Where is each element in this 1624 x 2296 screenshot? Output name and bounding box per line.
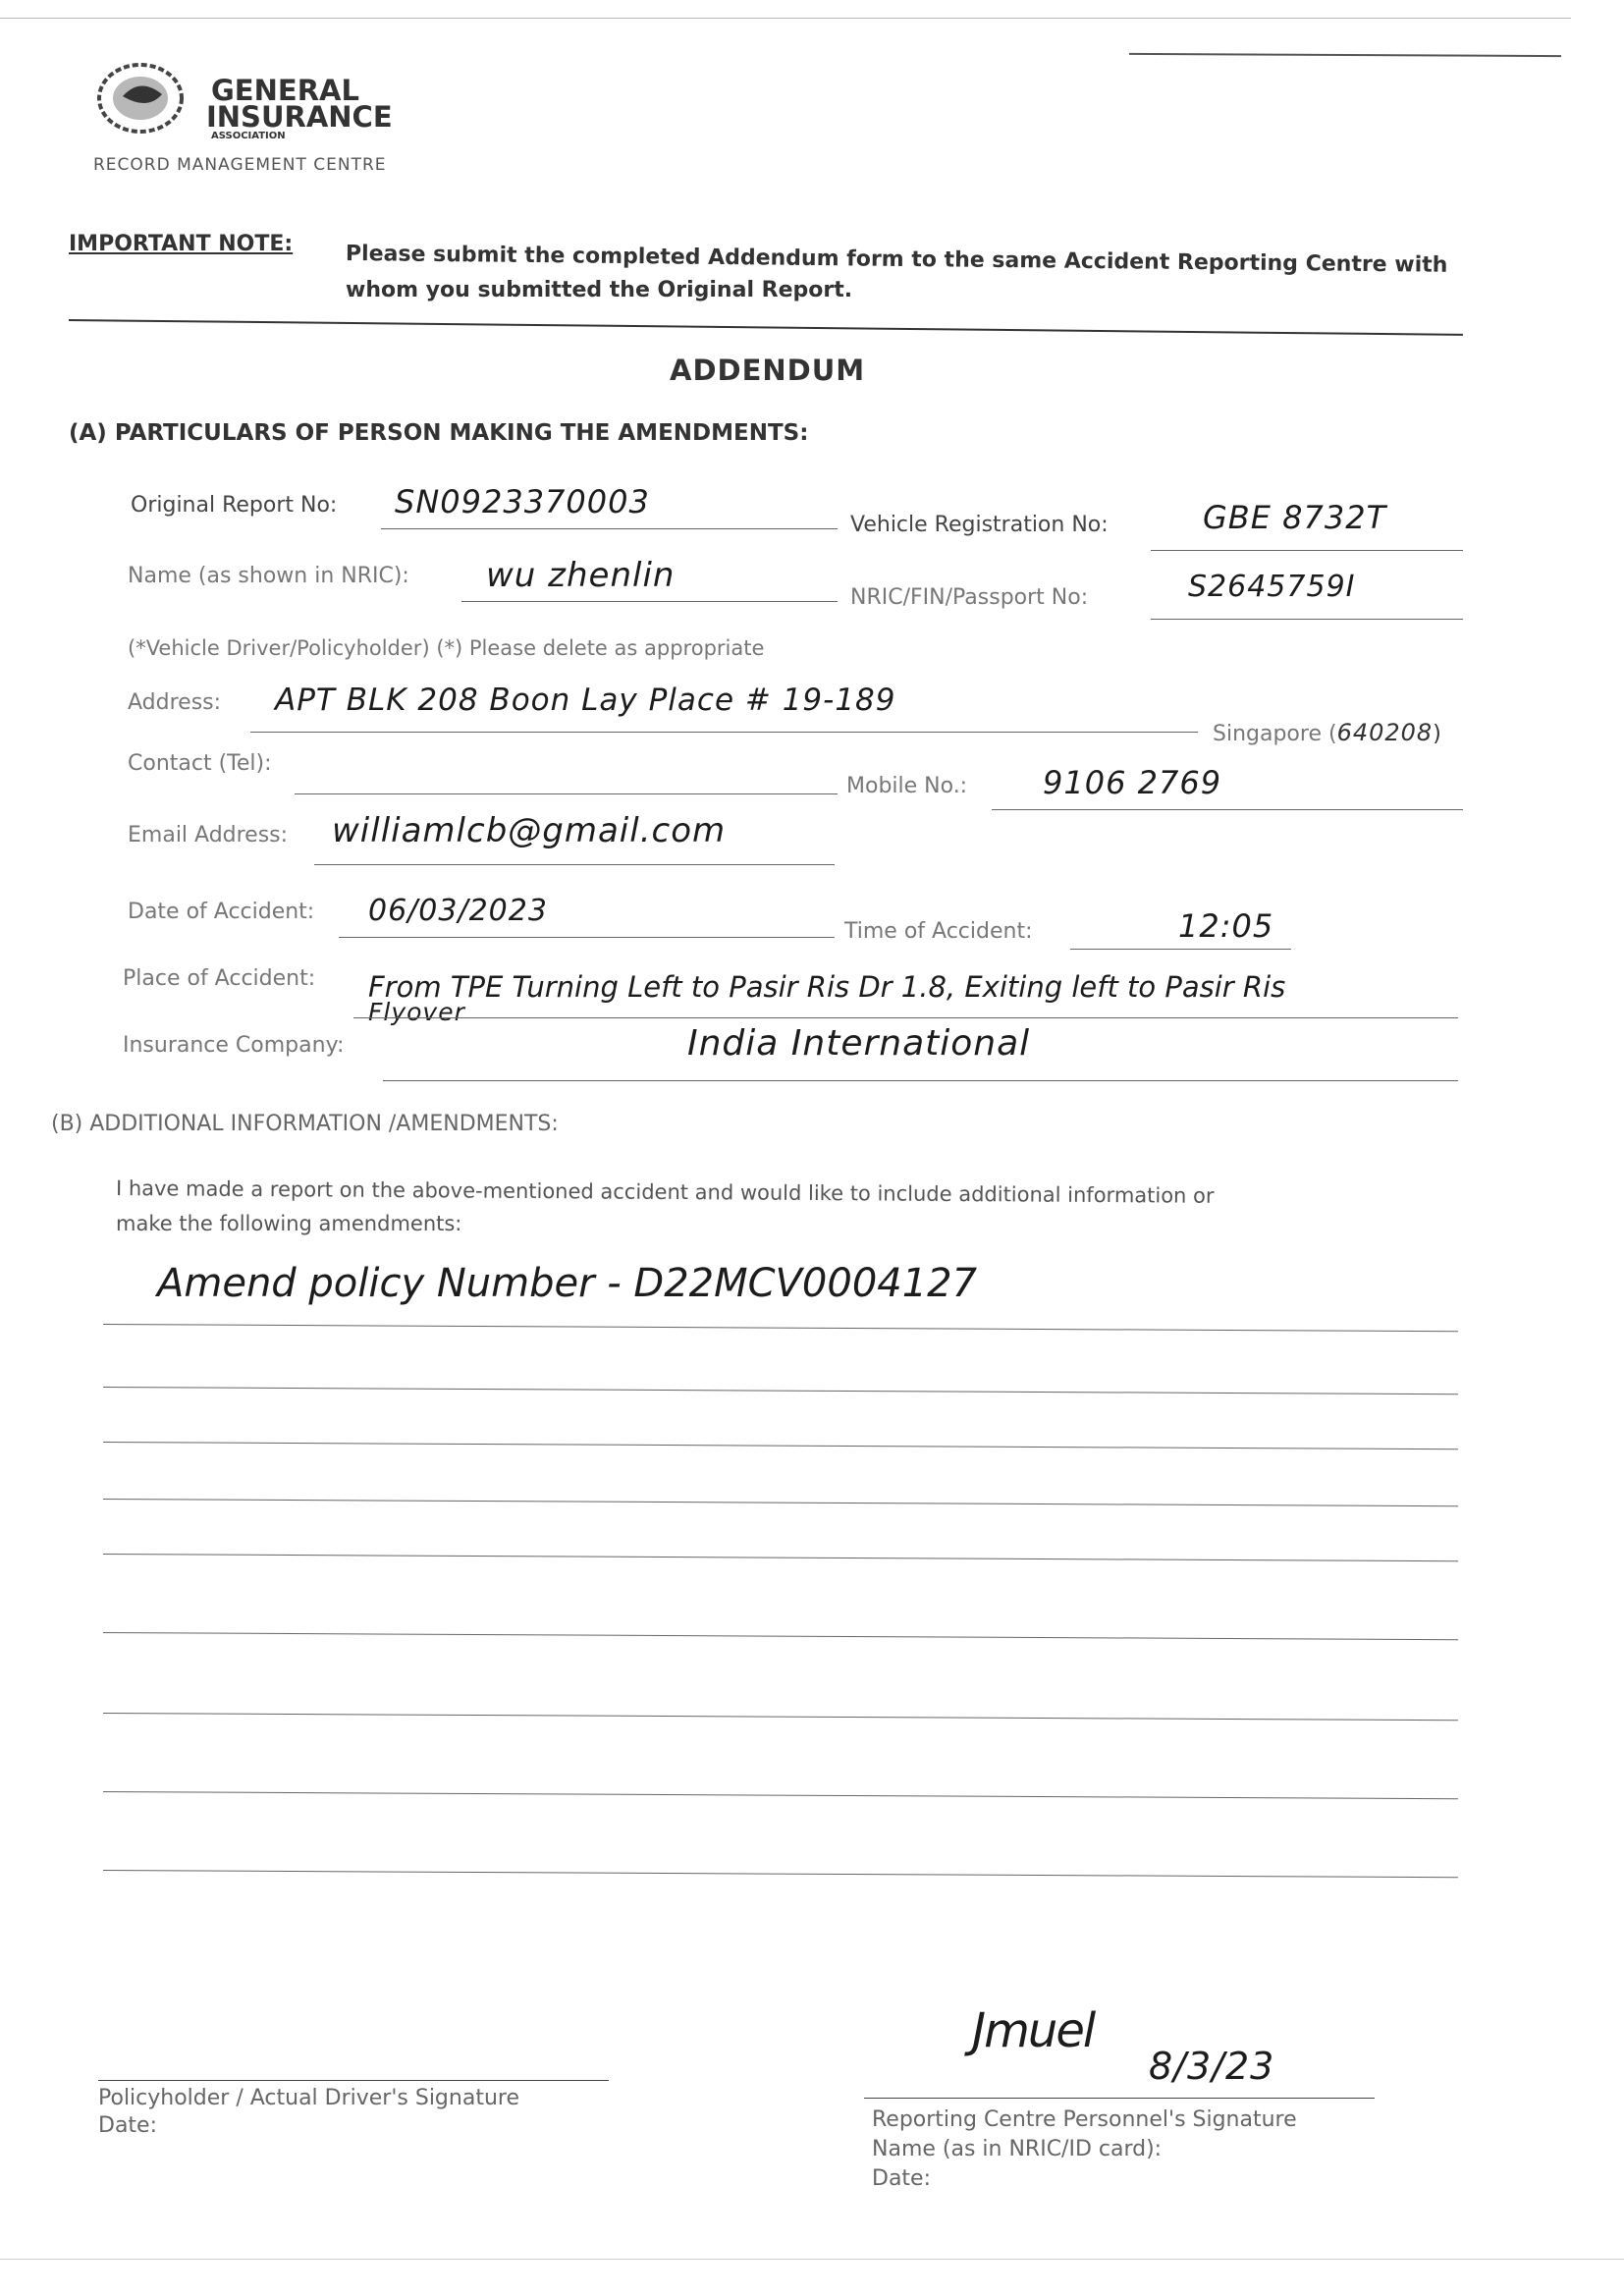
contact-tel-line	[295, 793, 838, 794]
policyholder-signature-line	[98, 2080, 609, 2081]
date-of-accident-label: Date of Accident:	[128, 900, 314, 924]
place-of-accident-value-line2[interactable]: Flyover	[368, 998, 465, 1026]
personnel-signature-label: Reporting Centre Personnel's Signature	[872, 2107, 1297, 2132]
amendment-line-5	[103, 1554, 1458, 1561]
role-note: (*Vehicle Driver/Policyholder) (*) Pleas…	[128, 636, 764, 660]
date-of-accident-line	[339, 937, 835, 938]
time-of-accident-line	[1070, 949, 1291, 950]
important-note-text-1: Please submit the completed Addendum for…	[346, 242, 1448, 278]
amendment-line-2	[103, 1387, 1458, 1394]
important-note-label: IMPORTANT NOTE:	[69, 232, 293, 256]
insurance-company-line	[383, 1080, 1458, 1081]
policyholder-date-label: Date:	[98, 2113, 157, 2138]
section-b-intro-2: make the following amendments:	[116, 1212, 461, 1235]
email-value[interactable]: williamlcb@gmail.com	[332, 811, 726, 850]
place-of-accident-value[interactable]: From TPE Turning Left to Pasir Ris Dr 1.…	[368, 970, 1285, 1004]
scan-top-edge	[0, 18, 1571, 19]
singapore-prefix: Singapore (	[1213, 722, 1337, 746]
personnel-signature-line	[864, 2098, 1375, 2099]
gia-logo	[93, 57, 201, 145]
amendment-line-7	[103, 1713, 1458, 1721]
date-of-accident-value[interactable]: 06/03/2023	[368, 894, 548, 928]
personnel-signed-date[interactable]: 8/3/23	[1149, 2045, 1274, 2088]
amendment-line-1-text[interactable]: Amend policy Number - D22MCV0004127	[157, 1261, 977, 1306]
org-name-association: ASSOCIATION	[211, 131, 286, 141]
mobile-label: Mobile No.:	[846, 774, 967, 798]
section-b-heading: (B) ADDITIONAL INFORMATION /AMENDMENTS:	[51, 1112, 559, 1136]
personnel-name-label: Name (as in NRIC/ID card):	[872, 2137, 1162, 2161]
original-report-label: Original Report No:	[131, 493, 337, 518]
form-title: ADDENDUM	[670, 354, 865, 387]
nric-value[interactable]: S2645759I	[1188, 570, 1356, 604]
time-of-accident-label: Time of Accident:	[844, 919, 1032, 944]
email-line	[314, 864, 835, 865]
scan-top-edge-2	[1129, 53, 1561, 57]
mobile-line	[992, 809, 1463, 810]
section-a-heading: (A) PARTICULARS OF PERSON MAKING THE AME…	[69, 420, 808, 446]
gia-emblem-icon	[93, 57, 201, 145]
contact-tel-label: Contact (Tel):	[128, 751, 272, 776]
vehicle-reg-line	[1151, 550, 1463, 551]
original-report-value[interactable]: SN0923370003	[395, 483, 650, 520]
policyholder-signature-label: Policyholder / Actual Driver's Signature	[98, 2086, 519, 2110]
amendment-line-9	[103, 1870, 1458, 1878]
org-subtitle: RECORD MANAGEMENT CENTRE	[93, 155, 387, 175]
time-of-accident-value[interactable]: 12:05	[1178, 907, 1273, 945]
insurance-company-label: Insurance Company:	[123, 1033, 344, 1058]
mobile-value[interactable]: 9106 2769	[1043, 764, 1221, 801]
name-line	[461, 601, 838, 602]
nric-label: NRIC/FIN/Passport No:	[850, 585, 1088, 610]
vehicle-reg-value[interactable]: GBE 8732T	[1203, 499, 1386, 536]
name-label: Name (as shown in NRIC):	[128, 564, 409, 588]
place-of-accident-line	[353, 1017, 1458, 1018]
section-b-intro-1: I have made a report on the above-mentio…	[116, 1176, 1215, 1208]
address-value[interactable]: APT BLK 208 Boon Lay Place # 19-189	[275, 683, 896, 718]
email-label: Email Address:	[128, 823, 288, 847]
address-line	[250, 732, 1198, 733]
amendment-line-4	[103, 1499, 1458, 1506]
original-report-line	[381, 528, 838, 529]
name-value[interactable]: wu zhenlin	[486, 556, 675, 595]
personnel-signature[interactable]: Jmuel	[972, 2003, 1094, 2058]
singapore-suffix: )	[1433, 722, 1441, 746]
org-name-insurance: INSURANCE	[206, 100, 393, 134]
amendment-line-1	[103, 1324, 1458, 1332]
place-of-accident-label: Place of Accident:	[123, 966, 315, 991]
scan-bottom-edge	[0, 2259, 1624, 2260]
amendment-line-8	[103, 1791, 1458, 1799]
header-rule	[69, 319, 1463, 336]
postal-code-value[interactable]: 640208	[1337, 719, 1434, 746]
vehicle-reg-label: Vehicle Registration No:	[850, 513, 1109, 537]
nric-line	[1151, 619, 1463, 620]
singapore-label: Singapore (640208)	[1213, 719, 1441, 746]
insurance-company-value[interactable]: India International	[687, 1023, 1030, 1064]
amendment-line-3	[103, 1442, 1458, 1449]
amendment-line-6	[103, 1632, 1458, 1640]
personnel-date-label: Date:	[872, 2166, 931, 2191]
important-note-text-2: whom you submitted the Original Report.	[346, 278, 852, 302]
address-label: Address:	[128, 690, 221, 715]
